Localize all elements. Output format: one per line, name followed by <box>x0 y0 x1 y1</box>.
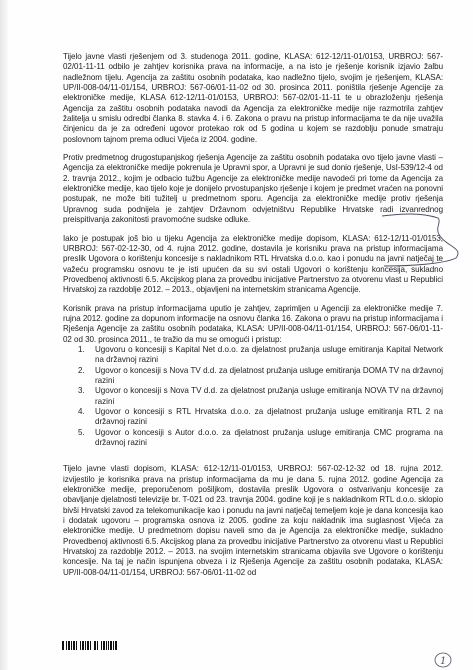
list-item: Ugovor o koncesiji s Nova TV d.d. za dje… <box>87 386 443 407</box>
document-body: Tijelo javne vlasti rješenjem od 3. stud… <box>63 52 443 578</box>
list-item: Ugovor o koncesiji s RTL Hrvatska d.o.o.… <box>87 407 443 428</box>
list-item: Ugovor o koncesiji s Nova TV d.d. za dje… <box>87 366 443 387</box>
handwritten-page-number: 1 <box>432 650 454 668</box>
list-item: Ugovoru o koncesiji s Kapital Net d.o.o.… <box>87 345 443 366</box>
handwritten-bracket-mark <box>380 212 473 267</box>
scan-edge-shadow <box>0 0 8 670</box>
requested-contracts-list: Ugovoru o koncesiji s Kapital Net d.o.o.… <box>63 345 443 448</box>
paragraph-first-instance-decision: Tijelo javne vlasti rješenjem od 3. stud… <box>63 52 443 145</box>
scanned-page: Tijelo javne vlasti rješenjem od 3. stud… <box>0 0 473 670</box>
list-item: Ugovor o koncesiji s Autor d.o.o. za dje… <box>87 428 443 449</box>
barcode <box>62 641 130 650</box>
paragraph-supplementary-request: Korisnik prava na pristup informacijama … <box>63 304 443 345</box>
paragraph-notification-response: Tijelo javne vlasti dopisom, KLASA: 612-… <box>63 464 443 578</box>
svg-text:1: 1 <box>440 656 446 667</box>
